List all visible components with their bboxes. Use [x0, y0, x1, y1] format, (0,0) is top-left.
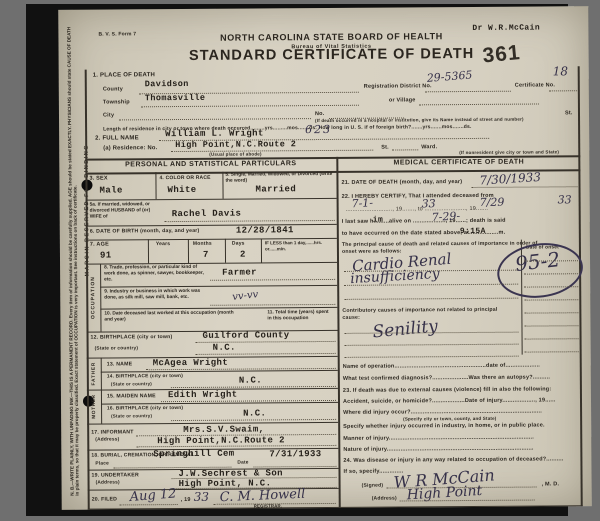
dotted-line — [425, 90, 511, 93]
full-name-label: 2. FULL NAME — [95, 135, 139, 142]
burial-date-label: Date — [237, 461, 248, 468]
house-number-annotation: 623 — [305, 123, 332, 136]
last-saw-line: I last saw h.........alive on ..........… — [342, 218, 506, 226]
dotted-line — [419, 103, 539, 106]
sex-value: Male — [99, 185, 122, 195]
last-saw-date: 7-29- — [431, 209, 460, 224]
father-name-value: McAgea Wright — [153, 358, 228, 369]
st-label: St. — [565, 110, 573, 117]
nature-of-injury-line: Nature of injury........................… — [343, 446, 533, 454]
industry-label: 9. Industry or business in which work wa… — [104, 289, 206, 301]
spouse-value: Rachel Davis — [172, 209, 242, 219]
cell-divider — [261, 238, 262, 262]
stamp-number: 361 — [482, 41, 522, 68]
dotted-line — [344, 297, 518, 300]
mother-side-label: MOTHER — [89, 390, 99, 424]
specify-where-line: Specify whether injury occurred in indus… — [343, 422, 545, 430]
dotted-line — [210, 303, 335, 306]
form-number: B. V. S. Form 7 — [98, 31, 136, 38]
certificate-no-value: 18 — [553, 64, 568, 78]
dotted-line — [344, 283, 518, 286]
total-time-label: 11. Total time (years) spent in this occ… — [267, 310, 333, 322]
registration-district-label: Registration District No. — [364, 83, 432, 90]
township-value: Thomasville — [145, 93, 206, 103]
dotted-line — [141, 104, 359, 108]
scanned-image: N. B.—WRITE PLAINLY, WITH UNFADING INK—T… — [0, 0, 600, 521]
principal-cause-line1: The principal cause of death and related… — [342, 241, 538, 249]
accident-line: Accident, suicide, or homicide?.........… — [343, 397, 556, 405]
filed-year-value: 33 — [194, 490, 209, 504]
birthplace-state-note: (State or country) — [95, 346, 139, 353]
contributory-cause-value: Senility — [372, 316, 439, 342]
last-worked-label: 10. Date deceased last worked at this oc… — [104, 311, 234, 324]
father-birthplace-label: 14. BIRTHPLACE (city or town) — [107, 374, 183, 381]
attended-to-date: 7/29 — [480, 196, 505, 209]
dotted-line — [171, 149, 373, 152]
mother-name-value: Edith Wright — [168, 390, 238, 400]
age-months-label: Months — [193, 241, 212, 248]
undertaker-address-label: (Address) — [96, 480, 120, 487]
attended-to-year: 33 — [558, 193, 572, 206]
contributory-label-line1: Contributory causes of importance not re… — [342, 307, 497, 315]
city-label: City — [103, 112, 114, 119]
certificate-title: STANDARD CERTIFICATE OF DEATH — [152, 51, 512, 60]
registration-district-value: 29-5365 — [426, 68, 473, 84]
dotted-line — [525, 337, 579, 339]
mother-birthplace-label: 16. BIRTHPLACE (city or town) — [107, 406, 183, 413]
form-right-border — [578, 66, 583, 506]
dotted-line — [392, 148, 418, 150]
dotted-line — [136, 444, 336, 447]
trade-label: 8. Trade, profession, or particular kind… — [104, 265, 206, 283]
occupation-side-label: OCCUPATION — [87, 268, 99, 328]
rule — [86, 224, 337, 227]
attended-from-date: 7-1- — [351, 196, 373, 210]
dotted-line — [524, 259, 578, 261]
father-name-label: 13. NAME — [107, 361, 133, 368]
dotted-line — [345, 343, 519, 346]
dotted-line — [524, 298, 578, 300]
dotted-line — [524, 311, 578, 313]
burial-place-value: Springhill Cem — [153, 449, 234, 460]
filed-19-label: , 19 — [181, 497, 191, 504]
death-time-value: 9:15A — [460, 227, 486, 236]
informant-label: 17. INFORMANT — [91, 429, 133, 436]
dotted-line — [345, 355, 519, 358]
or-village-label: or Village — [389, 97, 416, 104]
undertaker-label: 19. UNDERTAKER — [91, 472, 138, 479]
burial-date-value: 7/31/1933 — [269, 449, 321, 459]
age-days-value: 2 — [240, 250, 246, 260]
father-birthplace-value: N.C. — [239, 375, 262, 385]
cell-divider — [101, 358, 102, 390]
test-autopsy-line: What test confirmed diagnosis?..........… — [343, 374, 550, 382]
occupation-side-label-text: OCCUPATION — [90, 276, 96, 319]
rule — [100, 285, 337, 288]
death-certificate-page: N. B.—WRITE PLAINLY, WITH UNFADING INK—T… — [58, 6, 591, 510]
county-label: County — [103, 86, 123, 93]
father-birthplace-state-note: (State or country) — [111, 381, 152, 388]
signed-label: (Signed) — [362, 483, 384, 490]
operation-line: Name of operation.......................… — [343, 363, 540, 371]
residence-st-label: St. — [381, 145, 389, 152]
doctor-annotation: Dr W.R.McCain — [472, 23, 540, 32]
dotted-line — [196, 352, 336, 355]
informant-address-label: (Address) — [95, 437, 119, 444]
place-of-death-label: 1. PLACE OF DEATH — [93, 72, 155, 79]
filed-label: 20. FILED — [92, 496, 117, 503]
dotted-line — [210, 278, 335, 281]
dotted-line — [549, 89, 579, 91]
birthplace-value: Guilford County — [203, 330, 290, 341]
rule — [86, 262, 337, 265]
full-name-value: William L. Wright — [165, 128, 264, 139]
burial-place-label: Place — [95, 462, 109, 469]
age-label: 7. AGE — [90, 242, 109, 249]
dotted-line — [472, 185, 578, 188]
rule — [101, 402, 338, 405]
left-column-header: PERSONAL AND STATISTICAL PARTICULARS — [85, 161, 336, 169]
external-causes-line: 23. If death was due to external causes … — [343, 386, 551, 394]
birthplace-state-value: N.C. — [213, 343, 236, 353]
mother-name-label: 15. MAIDEN NAME — [107, 393, 156, 400]
specify-city-note: (Specify city or town, county, and State… — [403, 416, 496, 423]
attended-from-year: 33 — [422, 197, 436, 210]
age-days-label: Days — [232, 241, 245, 248]
dotted-line — [171, 418, 336, 421]
sex-label: 3. SEX — [89, 176, 107, 183]
center-divider — [336, 157, 340, 508]
certificate-no-label: Certificate No. — [515, 82, 555, 89]
dotted-line — [525, 350, 579, 352]
dob-label: 6. DATE OF BIRTH (month, day, and year) — [90, 228, 200, 235]
mother-side-label-text: MOTHER — [91, 394, 96, 418]
spouse-label: 5a. If married, widowed, or divorced HUS… — [90, 202, 162, 220]
contributory-label-line2: cause: — [342, 315, 360, 322]
occupation-related-line: 24. Was disease or injury in any way rel… — [343, 456, 563, 464]
marital-label: 5. Single, Married, Widowed, or Divorced… — [225, 172, 333, 184]
cell-divider — [188, 239, 189, 263]
right-column-header: MEDICAL CERTIFICATE OF DEATH — [337, 159, 580, 167]
county-value: Davidson — [145, 79, 189, 89]
residence-length-line: Length of residence in city or town wher… — [103, 124, 472, 133]
dotted-line — [524, 285, 578, 287]
margin-permanence-note-text: N. B.—WRITE PLAINLY, WITH UNFADING INK—T… — [66, 26, 80, 496]
street-no-label: No. — [315, 111, 325, 118]
birthplace-label: 12. BIRTHPLACE (city or town) — [91, 334, 173, 341]
board-name: NORTH CAROLINA STATE BOARD OF HEALTH — [171, 33, 491, 42]
rule — [86, 198, 337, 201]
industry-mark: vv-vv — [232, 289, 259, 303]
dotted-line — [119, 117, 311, 120]
dotted-line — [165, 219, 335, 222]
residence-label: (a) Residence: No. — [103, 145, 157, 152]
father-side-label-text: FATHER — [91, 362, 96, 386]
last-saw-fill: im — [373, 216, 383, 225]
rule — [100, 307, 337, 310]
father-side-label: FATHER — [89, 358, 99, 390]
dotted-line — [120, 503, 178, 505]
cell-divider — [100, 264, 101, 332]
cell-divider — [222, 172, 223, 199]
dotted-line — [524, 324, 578, 326]
address-label: (Address) — [372, 496, 397, 503]
ward-label: Ward. — [421, 144, 437, 151]
age-months-value: 7 — [203, 250, 209, 260]
race-value: White — [167, 185, 196, 195]
rule — [101, 370, 338, 373]
marital-value: Married — [255, 184, 296, 194]
cell-divider — [148, 239, 149, 263]
cell-divider — [155, 172, 156, 199]
age-years-label: Years — [156, 241, 170, 248]
cell-divider — [101, 390, 102, 424]
mother-birthplace-value: N.C. — [243, 408, 266, 418]
dob-value: 12/28/1841 — [236, 225, 294, 235]
age-value-years: 91 — [100, 250, 112, 260]
age-less-note: IF LESS than 1 day,......hrs. or......mi… — [265, 240, 335, 252]
md-label: , M. D. — [542, 481, 560, 488]
date-of-death-label: 21. DATE OF DEATH (month, day, and year) — [341, 179, 462, 186]
race-label: 4. COLOR OR RACE — [159, 175, 210, 182]
dotted-line — [524, 272, 578, 274]
trade-value: Farmer — [222, 267, 257, 277]
manner-of-injury-line: Manner of injury........................… — [343, 435, 534, 443]
township-label: Township — [103, 99, 130, 106]
cell-divider — [225, 239, 226, 263]
mother-birthplace-state-note: (State or country) — [111, 413, 152, 420]
dotted-line — [400, 499, 535, 502]
